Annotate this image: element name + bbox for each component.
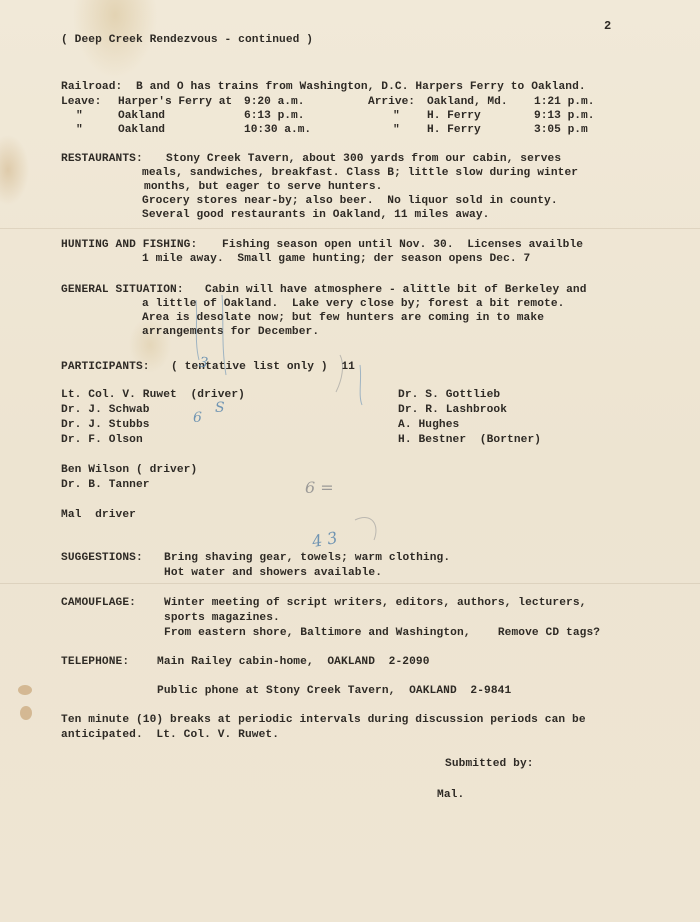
timetable-depart: 9:20 a.m. (244, 95, 304, 109)
timetable-arrive: 9:13 p.m. (534, 109, 594, 123)
camouflage-line: sports magazines. (164, 611, 280, 625)
hunting-line: 1 mile away. Small game hunting; der sea… (142, 252, 530, 266)
restaurants-line: months, but eager to serve hunters. (144, 180, 382, 194)
signature-name: Mal. (437, 788, 464, 802)
timetable-leave-label: Leave: (61, 95, 101, 109)
suggestions-label: SUGGESTIONS: (61, 551, 143, 565)
timetable-arrive-label: " (393, 123, 400, 137)
handwritten-mark: 6 (193, 410, 202, 426)
participant: Dr. R. Lashbrook (398, 403, 507, 417)
camouflage-line: From eastern shore, Baltimore and Washin… (164, 626, 600, 640)
telephone-label: TELEPHONE: (61, 655, 129, 669)
general-line: a little of Oakland. Lake very close by;… (142, 297, 564, 311)
fold-crease (0, 583, 700, 584)
general-label: GENERAL SITUATION: (61, 283, 184, 297)
timetable-leave-label: " (76, 109, 83, 123)
suggestions-line: Hot water and showers available. (164, 566, 382, 580)
participant: Dr. F. Olson (61, 433, 143, 447)
restaurants-line: Stony Creek Tavern, about 300 yards from… (166, 152, 561, 166)
stain (20, 706, 32, 720)
participant: Ben Wilson ( driver) (61, 463, 197, 477)
general-line: Cabin will have atmosphere - alittle bit… (205, 283, 587, 297)
participants-label: PARTICIPANTS: (61, 360, 150, 374)
page-number: 2 (604, 19, 611, 33)
document-page (0, 0, 700, 922)
submitted-by: Submitted by: (445, 757, 534, 771)
timetable-arrive: 1:21 p.m. (534, 95, 594, 109)
restaurants-label: RESTAURANTS: (61, 152, 143, 166)
breaks-line: Ten minute (10) breaks at periodic inter… (61, 713, 586, 727)
participant: H. Bestner (Bortner) (398, 433, 541, 447)
participant: Dr. B. Tanner (61, 478, 150, 492)
restaurants-line: Several good restaurants in Oakland, 11 … (142, 208, 490, 222)
railroad-label: Railroad: (61, 80, 122, 94)
timetable-depart: 6:13 p.m. (244, 109, 304, 123)
restaurants-line: meals, sandwiches, breakfast. Class B; l… (142, 166, 578, 180)
timetable-from: Oakland (118, 123, 165, 137)
timetable-to: H. Ferry (427, 109, 481, 123)
railroad-text: B and O has trains from Washington, D.C.… (136, 80, 586, 94)
hunting-line: Fishing season open until Nov. 30. Licen… (222, 238, 583, 252)
timetable-arrive: 3:05 p.m (534, 123, 588, 137)
participant: Dr. S. Gottlieb (398, 388, 500, 402)
telephone-line: Public phone at Stony Creek Tavern, OAKL… (157, 684, 511, 698)
restaurants-line: Grocery stores near-by; also beer. No li… (142, 194, 558, 208)
handwritten-mark: 6 = (305, 478, 334, 497)
timetable-leave-label: " (76, 123, 83, 137)
camouflage-label: CAMOUFLAGE: (61, 596, 136, 610)
hunting-label: HUNTING AND FISHING: (61, 238, 197, 252)
participant: Dr. J. Stubbs (61, 418, 150, 432)
camouflage-line: Winter meeting of script writers, editor… (164, 596, 586, 610)
telephone-line: Main Railey cabin-home, OAKLAND 2-2090 (157, 655, 430, 669)
timetable-to: Oakland, Md. (427, 95, 508, 109)
general-line: arrangements for December. (142, 325, 319, 339)
stain (18, 685, 32, 695)
timetable-arrive-label: " (393, 109, 400, 123)
timetable-from: Oakland (118, 109, 165, 123)
fold-crease (0, 228, 700, 229)
participant: Mal driver (61, 508, 136, 522)
breaks-line: anticipated. Lt. Col. V. Ruwet. (61, 728, 279, 742)
continued-heading: ( Deep Creek Rendezvous - continued ) (61, 33, 313, 47)
participant: Dr. J. Schwab (61, 403, 150, 417)
timetable-arrive-label: Arrive: (368, 95, 415, 109)
timetable-from: Harper's Ferry at (118, 95, 232, 109)
handwritten-mark: S (215, 400, 225, 416)
timetable-to: H. Ferry (427, 123, 481, 137)
general-line: Area is desolate now; but few hunters ar… (142, 311, 544, 325)
suggestions-line: Bring shaving gear, towels; warm clothin… (164, 551, 450, 565)
participant: A. Hughes (398, 418, 459, 432)
timetable-depart: 10:30 a.m. (244, 123, 311, 137)
